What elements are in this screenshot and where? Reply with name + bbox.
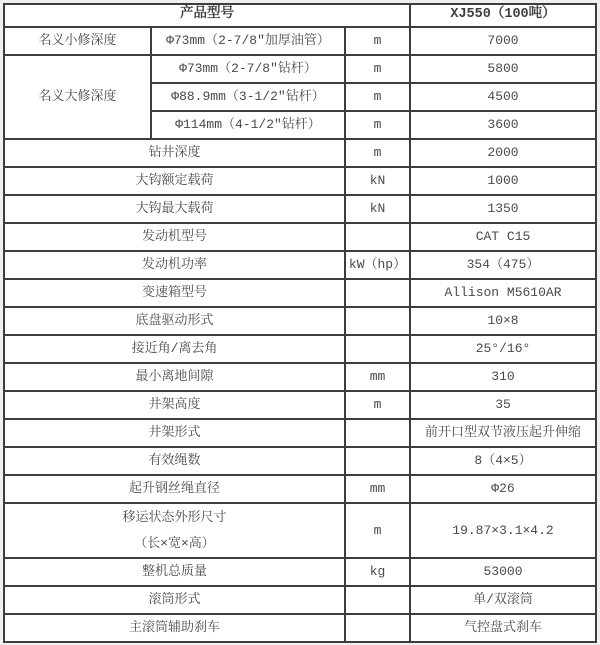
spec-value: 310 bbox=[410, 363, 596, 391]
spec-unit: m bbox=[345, 391, 410, 419]
spec-row: 起升钢丝绳直径 mm Φ26 bbox=[4, 475, 596, 503]
depth-major-value: 4500 bbox=[410, 83, 596, 111]
spec-label: 发动机型号 bbox=[4, 223, 345, 251]
spec-unit: m bbox=[345, 139, 410, 167]
spec-row: 井架形式 前开口型双节液压起升伸缩 bbox=[4, 419, 596, 447]
spec-value: 1000 bbox=[410, 167, 596, 195]
spec-label: 有效绳数 bbox=[4, 447, 345, 475]
spec-unit bbox=[345, 335, 410, 363]
spec-table: 产品型号 XJ550（100吨） 名义小修深度 Φ73mm（2-7/8″加厚油管… bbox=[3, 3, 597, 643]
product-model-value: XJ550（100吨） bbox=[410, 4, 596, 27]
spec-label: 井架形式 bbox=[4, 419, 345, 447]
spec-row: 大钩最大载荷 kN 1350 bbox=[4, 195, 596, 223]
spec-row: 大钩额定载荷 kN 1000 bbox=[4, 167, 596, 195]
spec-label: 井架高度 bbox=[4, 391, 345, 419]
depth-major-value: 3600 bbox=[410, 111, 596, 139]
spec-value: 单/双滚筒 bbox=[410, 586, 596, 614]
spec-row: 接近角/离去角 25°/16° bbox=[4, 335, 596, 363]
spec-row: 变速箱型号 Allison M5610AR bbox=[4, 279, 596, 307]
spec-label: 滚筒形式 bbox=[4, 586, 345, 614]
spec-label: 移运状态外形尺寸 （长×宽×高） bbox=[4, 503, 345, 558]
spec-unit: mm bbox=[345, 363, 410, 391]
depth-major-spec: Φ73mm（2-7/8″钻杆） bbox=[151, 55, 345, 83]
spec-value: 35 bbox=[410, 391, 596, 419]
spec-row: 主滚筒辅助刹车 气控盘式刹车 bbox=[4, 614, 596, 642]
spec-value: Φ26 bbox=[410, 475, 596, 503]
spec-value: 53000 bbox=[410, 558, 596, 586]
spec-row: 发动机功率 kW（hp） 354（475） bbox=[4, 251, 596, 279]
spec-unit bbox=[345, 279, 410, 307]
spec-value: 2000 bbox=[410, 139, 596, 167]
depth-minor-value: 7000 bbox=[410, 27, 596, 55]
spec-row: 滚筒形式 单/双滚筒 bbox=[4, 586, 596, 614]
spec-unit bbox=[345, 447, 410, 475]
depth-minor-label: 名义小修深度 bbox=[4, 27, 151, 55]
spec-label: 大钩最大载荷 bbox=[4, 195, 345, 223]
spec-label: 最小离地间隙 bbox=[4, 363, 345, 391]
spec-unit bbox=[345, 419, 410, 447]
spec-unit bbox=[345, 586, 410, 614]
product-model-label: 产品型号 bbox=[4, 4, 410, 27]
spec-label: 变速箱型号 bbox=[4, 279, 345, 307]
spec-row: 最小离地间隙 mm 310 bbox=[4, 363, 596, 391]
spec-label-line2: （长×宽×高） bbox=[7, 531, 342, 557]
spec-label: 底盘驱动形式 bbox=[4, 307, 345, 335]
depth-major-unit: m bbox=[345, 83, 410, 111]
spec-unit bbox=[345, 614, 410, 642]
spec-value: Allison M5610AR bbox=[410, 279, 596, 307]
depth-major-spec: Φ114mm（4-1/2″钻杆） bbox=[151, 111, 345, 139]
spec-label: 接近角/离去角 bbox=[4, 335, 345, 363]
depth-major-unit: m bbox=[345, 55, 410, 83]
spec-unit: m bbox=[345, 503, 410, 558]
spec-row: 底盘驱动形式 10×8 bbox=[4, 307, 596, 335]
depth-major-row: 名义大修深度 Φ73mm（2-7/8″钻杆） m 5800 bbox=[4, 55, 596, 83]
spec-label: 钻井深度 bbox=[4, 139, 345, 167]
spec-value: 25°/16° bbox=[410, 335, 596, 363]
depth-major-unit: m bbox=[345, 111, 410, 139]
depth-minor-unit: m bbox=[345, 27, 410, 55]
spec-label: 大钩额定载荷 bbox=[4, 167, 345, 195]
spec-value: CAT C15 bbox=[410, 223, 596, 251]
spec-value: 1350 bbox=[410, 195, 596, 223]
spec-row: 发动机型号 CAT C15 bbox=[4, 223, 596, 251]
spec-value: 气控盘式刹车 bbox=[410, 614, 596, 642]
spec-label: 主滚筒辅助刹车 bbox=[4, 614, 345, 642]
depth-minor-spec: Φ73mm（2-7/8″加厚油管） bbox=[151, 27, 345, 55]
spec-row: 有效绳数 8（4×5） bbox=[4, 447, 596, 475]
spec-unit bbox=[345, 223, 410, 251]
spec-unit: kN bbox=[345, 195, 410, 223]
spec-value: 8（4×5） bbox=[410, 447, 596, 475]
spec-label-line1: 移运状态外形尺寸 bbox=[7, 505, 342, 531]
spec-unit: kN bbox=[345, 167, 410, 195]
spec-value: 10×8 bbox=[410, 307, 596, 335]
spec-unit: kW（hp） bbox=[345, 251, 410, 279]
spec-unit: mm bbox=[345, 475, 410, 503]
spec-label: 发动机功率 bbox=[4, 251, 345, 279]
spec-unit: kg bbox=[345, 558, 410, 586]
spec-row: 整机总质量 kg 53000 bbox=[4, 558, 596, 586]
depth-minor-row: 名义小修深度 Φ73mm（2-7/8″加厚油管） m 7000 bbox=[4, 27, 596, 55]
spec-row-transport-dimensions: 移运状态外形尺寸 （长×宽×高） m 19.87×3.1×4.2 bbox=[4, 503, 596, 558]
spec-row: 井架高度 m 35 bbox=[4, 391, 596, 419]
spec-value: 前开口型双节液压起升伸缩 bbox=[410, 419, 596, 447]
spec-unit bbox=[345, 307, 410, 335]
depth-major-value: 5800 bbox=[410, 55, 596, 83]
spec-value: 354（475） bbox=[410, 251, 596, 279]
spec-value: 19.87×3.1×4.2 bbox=[410, 503, 596, 558]
depth-major-label: 名义大修深度 bbox=[4, 55, 151, 139]
header-row: 产品型号 XJ550（100吨） bbox=[4, 4, 596, 27]
spec-label: 整机总质量 bbox=[4, 558, 345, 586]
spec-label: 起升钢丝绳直径 bbox=[4, 475, 345, 503]
spec-row: 钻井深度 m 2000 bbox=[4, 139, 596, 167]
depth-major-spec: Φ88.9mm（3-1/2″钻杆） bbox=[151, 83, 345, 111]
